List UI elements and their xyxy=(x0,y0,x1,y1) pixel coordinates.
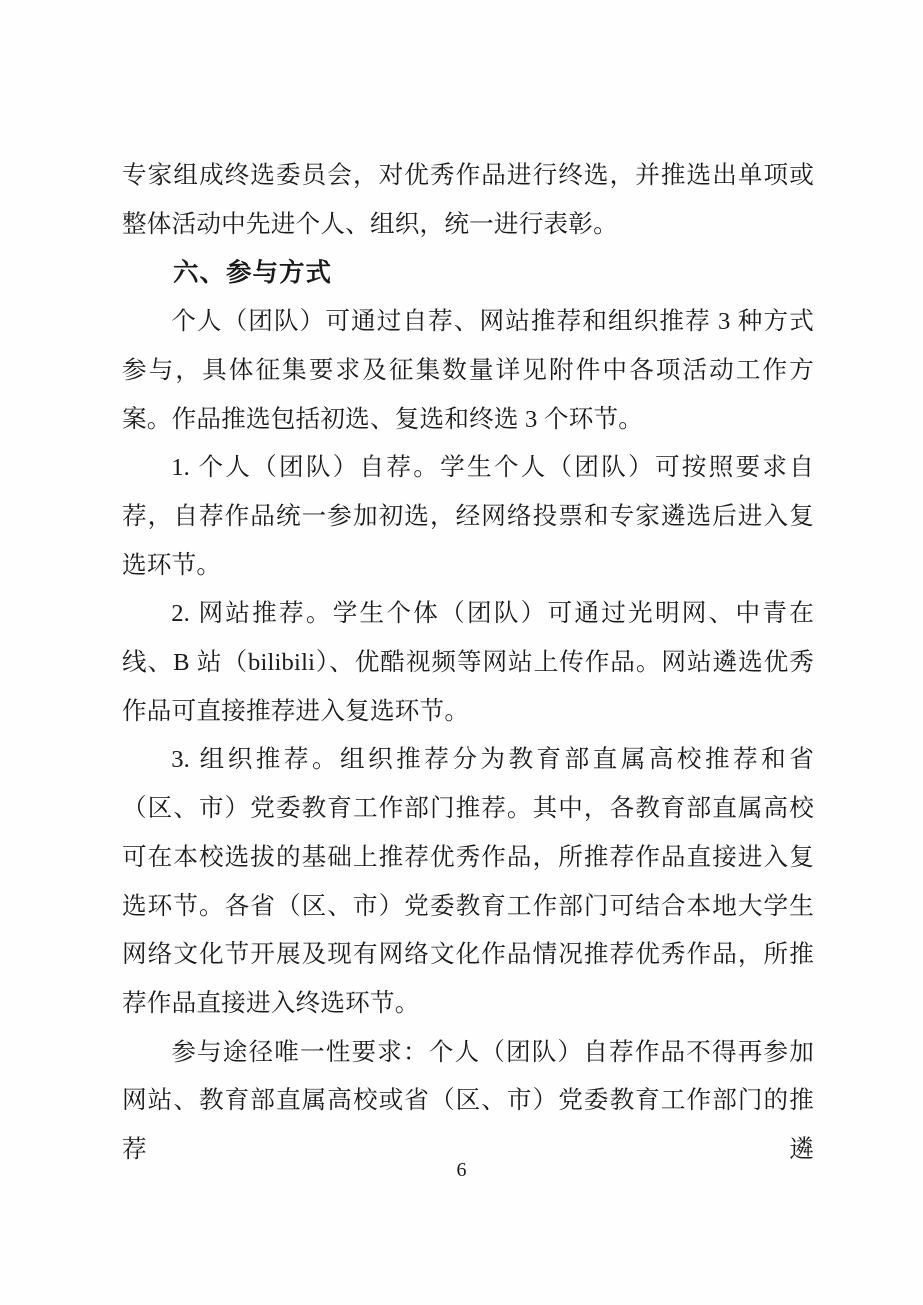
paragraph-item-2-website-recommendation: 2. 网站推荐。学生个体（团队）可通过光明网、中青在线、B 站（bilibili… xyxy=(122,590,814,736)
paragraph-item-1-self-recommendation: 1. 个人（团队）自荐。学生个人（团队）可按照要求自荐，自荐作品统一参加初选，经… xyxy=(122,444,814,590)
paragraph-continuation-final-selection: 专家组成终选委员会，对优秀作品进行终选，并推选出单项或整体活动中先进个人、组织，… xyxy=(122,152,814,249)
document-body: 专家组成终选委员会，对优秀作品进行终选，并推选出单项或整体活动中先进个人、组织，… xyxy=(122,152,814,1175)
document-page: 专家组成终选委员会，对优秀作品进行终选，并推选出单项或整体活动中先进个人、组织，… xyxy=(0,0,923,1305)
page-number: 6 xyxy=(0,1158,923,1182)
paragraph-item-3-organization-recommendation: 3. 组织推荐。组织推荐分为教育部直属高校推荐和省（区、市）党委教育工作部门推荐… xyxy=(122,736,814,1028)
paragraph-uniqueness-requirement: 参与途径唯一性要求：个人（团队）自荐作品不得再参加网站、教育部直属高校或省（区、… xyxy=(122,1029,814,1175)
section-heading-participation-methods: 六、参与方式 xyxy=(122,249,814,298)
paragraph-participation-overview: 个人（团队）可通过自荐、网站推荐和组织推荐 3 种方式参与，具体征集要求及征集数… xyxy=(122,298,814,444)
